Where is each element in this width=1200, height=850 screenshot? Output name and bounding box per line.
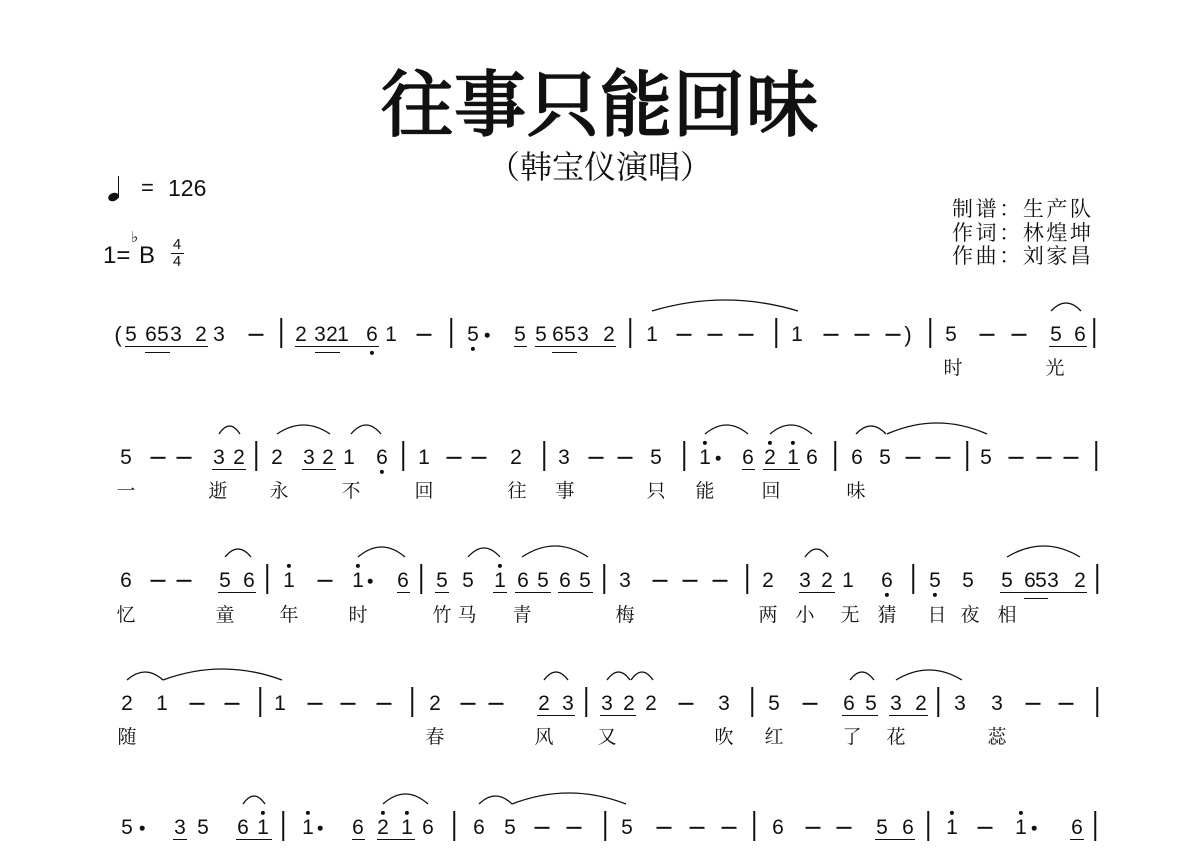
barline	[1096, 564, 1098, 594]
barline	[259, 687, 261, 717]
dash-extension: –	[679, 703, 694, 705]
dash-extension: –	[308, 703, 323, 705]
note-5: 5	[467, 323, 479, 347]
note-2: 2	[645, 692, 657, 716]
note-6: 6	[851, 446, 863, 470]
dash-extension: –	[341, 703, 356, 705]
note-6: 6	[237, 816, 249, 840]
note-5: 5	[157, 323, 169, 347]
lyric-char: 能	[695, 481, 714, 503]
lyric-char: 春	[425, 727, 444, 749]
note-5: 5	[1035, 569, 1047, 593]
note-6: 6	[843, 692, 855, 716]
dash-extension: –	[177, 580, 192, 582]
dash-extension: –	[722, 827, 737, 829]
barline	[834, 441, 836, 471]
note-6: 6	[422, 816, 434, 840]
note-5: 5	[120, 446, 132, 470]
dash-extension: –	[1009, 457, 1024, 459]
note-2: 2	[326, 323, 338, 347]
note-1: 1	[842, 569, 854, 593]
dash-extension: –	[978, 827, 993, 829]
slur-arc	[127, 672, 163, 680]
note-2: 2	[377, 816, 389, 840]
barline	[604, 811, 606, 841]
lyric-char: 光	[1045, 358, 1064, 380]
note-3: 3	[799, 569, 811, 593]
dash-extension: –	[447, 457, 462, 459]
slur-arc	[856, 426, 886, 434]
dash-extension: –	[151, 457, 166, 459]
note-5: 5	[579, 569, 591, 593]
barline	[450, 318, 452, 348]
beam-underline	[236, 839, 272, 840]
dash-extension: –	[677, 334, 692, 336]
note-6: 6	[352, 816, 364, 840]
dash-extension: –	[1064, 457, 1079, 459]
beam-underline	[1070, 839, 1084, 840]
beam-underline	[842, 715, 878, 716]
slur-arc	[805, 549, 828, 557]
note-2: 2	[603, 323, 615, 347]
note-1: 1	[343, 446, 355, 470]
beam-underline	[742, 469, 755, 470]
note-3: 3	[954, 692, 966, 716]
note-2: 2	[322, 446, 334, 470]
note-3: 3	[991, 692, 1003, 716]
dash-extension: –	[803, 703, 818, 705]
note-2: 2	[195, 323, 207, 347]
note-2: 2	[915, 692, 927, 716]
note-6: 6	[376, 446, 388, 470]
beam-underline	[212, 469, 246, 470]
note-5: 5	[929, 569, 941, 593]
beam-underline	[763, 469, 800, 470]
slur-arc	[631, 672, 653, 680]
note-6: 6	[366, 323, 378, 347]
slur-layer	[0, 0, 1200, 850]
lyric-char: 蕊	[987, 727, 1006, 749]
note-5: 5	[980, 446, 992, 470]
note-1: 1	[302, 816, 314, 840]
dash-extension: –	[683, 580, 698, 582]
note-2: 2	[821, 569, 833, 593]
barline	[912, 564, 914, 594]
dash-extension: –	[936, 457, 951, 459]
slur-arc	[705, 425, 748, 434]
dash-extension: –	[886, 334, 901, 336]
note-1: 1	[257, 816, 269, 840]
beam-underline	[1000, 592, 1087, 593]
lyric-char: 回	[761, 481, 780, 503]
note-3: 3	[170, 323, 182, 347]
note-6: 6	[517, 569, 529, 593]
barline	[1094, 811, 1096, 841]
note-5: 5	[621, 816, 633, 840]
note-5: 5	[650, 446, 662, 470]
note-5: 5	[768, 692, 780, 716]
slur-arc	[358, 547, 405, 557]
slur-arc	[479, 796, 512, 804]
note-5: 5	[462, 569, 474, 593]
jianpu-score: (565323–232161–5·5565321–––1–––)5––56时光5…	[0, 0, 1200, 850]
beam-underline	[295, 346, 379, 347]
lyric-char: 味	[846, 481, 865, 503]
lyric-char: 相	[997, 605, 1016, 627]
dash-extension: –	[690, 827, 705, 829]
beam-underline-double	[145, 352, 170, 353]
note-2: 2	[121, 692, 133, 716]
barline	[966, 441, 968, 471]
dash-extension: –	[1037, 457, 1052, 459]
note-5: 5	[537, 569, 549, 593]
lyric-char: 夜	[960, 605, 979, 627]
note-6: 6	[1024, 569, 1036, 593]
beam-underline	[1049, 346, 1087, 347]
beam-underline-double	[1024, 598, 1048, 599]
note-2: 2	[623, 692, 635, 716]
barline	[420, 564, 422, 594]
barline	[402, 441, 404, 471]
lyric-char: 一	[116, 481, 135, 503]
slur-arc	[544, 672, 568, 680]
beam-underline-double	[552, 352, 577, 353]
dash-extension: –	[318, 580, 333, 582]
dash-extension: –	[1012, 334, 1027, 336]
lyric-char: 逝	[208, 481, 227, 503]
dash-extension: –	[567, 827, 582, 829]
note-5: 5	[514, 323, 526, 347]
lyric-char: 了	[842, 727, 861, 749]
lyric-char: 又	[597, 727, 616, 749]
barline	[937, 687, 939, 717]
note-6: 6	[772, 816, 784, 840]
augmentation-dot: ·	[368, 579, 373, 584]
slur-arc	[607, 672, 630, 680]
slur-arc	[277, 425, 330, 434]
barline	[929, 318, 931, 348]
dash-extension: –	[151, 580, 166, 582]
slur-arc	[243, 796, 265, 804]
barline	[1093, 318, 1095, 348]
augmentation-dot: ·	[1032, 826, 1037, 831]
note-3: 3	[303, 446, 315, 470]
note-5: 5	[125, 323, 137, 347]
dash-extension: –	[708, 334, 723, 336]
lyric-char: 永	[269, 481, 288, 503]
beam-underline	[558, 592, 593, 593]
note-5: 5	[865, 692, 877, 716]
note-1: 1	[274, 692, 286, 716]
augmentation-dot: ·	[318, 826, 323, 831]
beam-underline	[218, 592, 256, 593]
barline	[603, 564, 605, 594]
barline	[266, 564, 268, 594]
note-5: 5	[219, 569, 231, 593]
note-1: 1	[418, 446, 430, 470]
note-3: 3	[562, 692, 574, 716]
dash-extension: –	[417, 334, 432, 336]
slur-arc	[383, 794, 428, 804]
dash-extension: –	[653, 580, 668, 582]
beam-underline	[514, 346, 527, 347]
slur-arc	[512, 793, 626, 804]
barline	[775, 318, 777, 348]
beam-underline	[535, 346, 616, 347]
note-1: 1	[283, 569, 295, 593]
note-6: 6	[552, 323, 564, 347]
beam-underline	[600, 715, 636, 716]
note-3: 3	[619, 569, 631, 593]
note-6: 6	[806, 446, 818, 470]
open-paren: (	[114, 323, 121, 347]
lyric-char: 回	[414, 481, 433, 503]
note-1: 1	[1015, 816, 1027, 840]
dash-extension: –	[472, 457, 487, 459]
note-5: 5	[1001, 569, 1013, 593]
barline	[585, 687, 587, 717]
note-5: 5	[436, 569, 448, 593]
note-2: 2	[1074, 569, 1086, 593]
note-5: 5	[197, 816, 209, 840]
slur-arc	[770, 425, 812, 434]
beam-underline	[173, 839, 187, 840]
dash-extension: –	[461, 703, 476, 705]
note-2: 2	[538, 692, 550, 716]
beam-underline	[875, 839, 915, 840]
dash-extension: –	[249, 334, 264, 336]
dash-extension: –	[1059, 703, 1074, 705]
beam-underline	[377, 839, 415, 840]
lyric-char: 花	[886, 727, 905, 749]
note-6: 6	[1071, 816, 1083, 840]
note-1: 1	[791, 323, 803, 347]
barline	[927, 811, 929, 841]
beam-underline	[125, 346, 208, 347]
note-1: 1	[646, 323, 658, 347]
slur-arc	[522, 546, 588, 557]
note-1: 1	[787, 446, 799, 470]
beam-underline	[397, 592, 410, 593]
barline	[746, 564, 748, 594]
lyric-char: 不	[341, 481, 360, 503]
note-3: 3	[174, 816, 186, 840]
note-3: 3	[718, 692, 730, 716]
note-6: 6	[145, 323, 157, 347]
lyric-char: 两	[758, 605, 777, 627]
slur-arc	[887, 423, 987, 434]
note-6: 6	[397, 569, 409, 593]
note-2: 2	[762, 569, 774, 593]
lyric-char: 忆	[116, 605, 135, 627]
dash-extension: –	[806, 827, 821, 829]
slur-arc	[468, 548, 500, 557]
note-1: 1	[946, 816, 958, 840]
beam-underline-double	[315, 352, 340, 353]
dash-extension: –	[190, 703, 205, 705]
note-3: 3	[601, 692, 613, 716]
note-5: 5	[535, 323, 547, 347]
beam-underline	[302, 469, 336, 470]
slur-arc	[1051, 303, 1081, 311]
note-3: 3	[1047, 569, 1059, 593]
barline	[1096, 687, 1098, 717]
lyric-char: 马	[457, 605, 476, 627]
close-paren: )	[904, 323, 911, 347]
dash-extension: –	[713, 580, 728, 582]
note-1: 1	[401, 816, 413, 840]
beam-underline	[515, 592, 551, 593]
dash-extension: –	[1026, 703, 1041, 705]
barline	[751, 687, 753, 717]
lyric-char: 时	[348, 605, 367, 627]
note-2: 2	[429, 692, 441, 716]
lyric-char: 随	[117, 727, 136, 749]
dash-extension: –	[855, 334, 870, 336]
augmentation-dot: ·	[140, 826, 145, 831]
note-1: 1	[494, 569, 506, 593]
slur-arc	[219, 426, 240, 434]
dash-extension: –	[177, 457, 192, 459]
dash-extension: –	[837, 827, 852, 829]
lyric-char: 无	[840, 605, 859, 627]
lyric-char: 时	[943, 358, 962, 380]
slur-arc	[163, 669, 282, 680]
note-3: 3	[577, 323, 589, 347]
lyric-char: 日	[927, 605, 946, 627]
slur-arc	[850, 672, 874, 680]
note-5: 5	[962, 569, 974, 593]
beam-underline	[537, 715, 575, 716]
dash-extension: –	[535, 827, 550, 829]
note-5: 5	[879, 446, 891, 470]
beam-underline	[493, 592, 507, 593]
note-1: 1	[156, 692, 168, 716]
lyric-char: 梅	[615, 605, 634, 627]
note-5: 5	[564, 323, 576, 347]
slur-arc	[351, 425, 381, 434]
augmentation-dot: ·	[485, 333, 490, 338]
note-6: 6	[1074, 323, 1086, 347]
barline	[453, 811, 455, 841]
note-5: 5	[504, 816, 516, 840]
lyric-char: 小	[795, 605, 814, 627]
barline	[282, 811, 284, 841]
dash-extension: –	[657, 827, 672, 829]
barline	[280, 318, 282, 348]
slur-arc	[652, 300, 798, 311]
dash-extension: –	[377, 703, 392, 705]
note-2: 2	[271, 446, 283, 470]
note-3: 3	[213, 323, 225, 347]
note-6: 6	[473, 816, 485, 840]
lyric-char: 猜	[877, 605, 896, 627]
beam-underline	[435, 592, 449, 593]
slur-arc	[896, 670, 962, 680]
note-2: 2	[295, 323, 307, 347]
note-3: 3	[558, 446, 570, 470]
lyric-char: 红	[764, 727, 783, 749]
note-3: 3	[213, 446, 225, 470]
note-5: 5	[1050, 323, 1062, 347]
lyric-char: 事	[555, 481, 574, 503]
lyric-char: 吹	[714, 727, 733, 749]
note-2: 2	[510, 446, 522, 470]
dash-extension: –	[589, 457, 604, 459]
dash-extension: –	[739, 334, 754, 336]
dash-extension: –	[824, 334, 839, 336]
note-1: 1	[385, 323, 397, 347]
note-2: 2	[764, 446, 776, 470]
beam-underline	[889, 715, 928, 716]
dash-extension: –	[980, 334, 995, 336]
note-1: 1	[352, 569, 364, 593]
beam-underline	[352, 839, 365, 840]
note-6: 6	[559, 569, 571, 593]
dash-extension: –	[489, 703, 504, 705]
note-3: 3	[314, 323, 326, 347]
dash-extension: –	[618, 457, 633, 459]
note-6: 6	[742, 446, 754, 470]
barline	[753, 811, 755, 841]
note-6: 6	[243, 569, 255, 593]
barline	[543, 441, 545, 471]
note-6: 6	[120, 569, 132, 593]
note-5: 5	[876, 816, 888, 840]
lyric-char: 只	[646, 481, 665, 503]
note-5: 5	[945, 323, 957, 347]
lyric-char: 童	[215, 605, 234, 627]
note-6: 6	[881, 569, 893, 593]
beam-underline	[799, 592, 835, 593]
barline	[411, 687, 413, 717]
note-6: 6	[902, 816, 914, 840]
lyric-char: 竹	[432, 605, 451, 627]
note-5: 5	[121, 816, 133, 840]
note-2: 2	[233, 446, 245, 470]
note-1: 1	[337, 323, 349, 347]
lyric-char: 风	[534, 727, 553, 749]
lyric-char: 年	[279, 605, 298, 627]
lyric-char: 往	[507, 481, 526, 503]
dash-extension: –	[906, 457, 921, 459]
barline	[683, 441, 685, 471]
augmentation-dot: ·	[716, 456, 721, 461]
note-3: 3	[890, 692, 902, 716]
slur-arc	[225, 549, 251, 557]
lyric-char: 青	[512, 605, 531, 627]
dash-extension: –	[225, 703, 240, 705]
note-1: 1	[699, 446, 711, 470]
barline	[629, 318, 631, 348]
barline	[255, 441, 257, 471]
barline	[1095, 441, 1097, 471]
slur-arc	[1007, 546, 1080, 557]
